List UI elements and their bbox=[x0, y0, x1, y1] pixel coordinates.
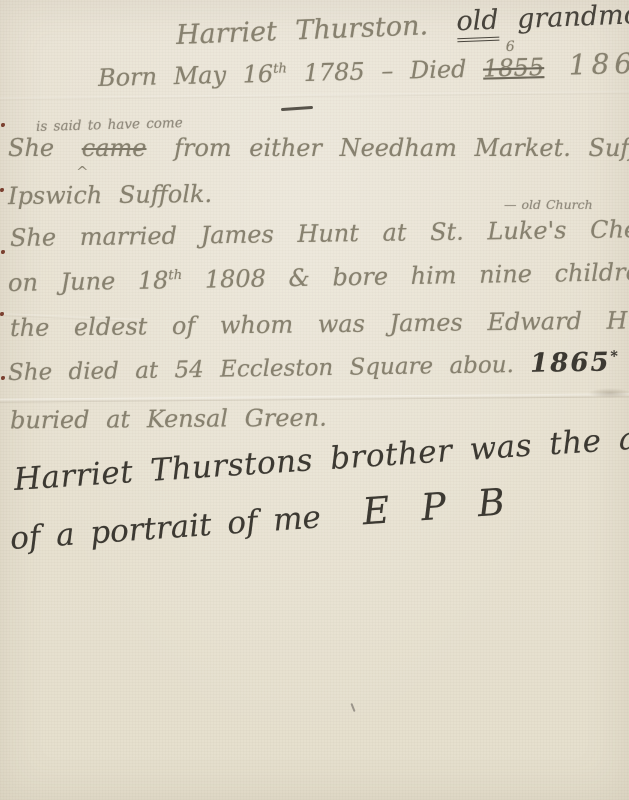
person-name: Harriet Thurston. bbox=[175, 10, 428, 51]
death-year-bold: 1865* bbox=[530, 347, 618, 378]
marriage-date-prefix: on June 18 bbox=[8, 266, 169, 297]
insertion-caret: ^ bbox=[76, 163, 89, 181]
writer-initials: E P B bbox=[361, 480, 513, 533]
paper-crease-top bbox=[0, 91, 629, 101]
origin-line-2: Ipswich Suffolk. bbox=[8, 180, 212, 210]
year-correction-digit: 6 bbox=[506, 39, 515, 55]
annotation-word-grandmother: grandmother bbox=[517, 0, 629, 35]
edge-speck bbox=[1, 123, 5, 127]
died-text: 1785 – Died bbox=[287, 55, 484, 88]
death-text-suffix: & is bbox=[618, 349, 629, 376]
postscript-text: of a portrait of me bbox=[9, 499, 322, 557]
marriage-line-2: on June 18th 1808 & bore him nine childr… bbox=[8, 258, 629, 297]
born-text: Born May 16 bbox=[98, 60, 274, 92]
paper-crease-main bbox=[0, 393, 629, 403]
corrected-death-year: 1865 bbox=[568, 46, 629, 81]
edge-speck bbox=[1, 376, 5, 380]
death-line-2: buried at Kensal Green. bbox=[10, 404, 327, 435]
vital-dates-line: Born May 16th 1785 – Died 18556 1865 bbox=[98, 46, 629, 93]
marriage-line-1: She married James Hunt at St. Luke's Che… bbox=[10, 215, 629, 252]
eldest-child-line: the eldest of whom was James Edward Hunt… bbox=[10, 306, 629, 342]
struck-year-text: 1855 bbox=[483, 53, 545, 82]
death-line-1: She died at 54 Eccleston Square abou. 18… bbox=[8, 346, 629, 387]
annotation-word-old: old bbox=[456, 5, 500, 43]
marriage-date-rest: 1808 & bore him nine children bbox=[182, 258, 629, 294]
origin-line-1: She came from either Needham Market. Suf… bbox=[8, 134, 629, 162]
crease-shadow-right bbox=[588, 388, 629, 398]
separator-dash bbox=[281, 106, 313, 111]
ordinal-sup: th bbox=[273, 61, 287, 76]
death-text-prefix: She died at 54 Eccleston Square abou. bbox=[8, 352, 531, 386]
origin-rest: from either Needham Market. Suffolk or bbox=[174, 134, 629, 162]
struck-death-year: 18556 bbox=[483, 53, 545, 82]
relationship-annotation: old grandmother bbox=[456, 0, 629, 37]
heading-line: Harriet Thurston. old grandmother bbox=[175, 0, 629, 51]
interlinear-insertion: is said to have come bbox=[36, 115, 183, 135]
stray-pencil-mark bbox=[350, 703, 355, 712]
edge-speck bbox=[0, 188, 4, 192]
word-she: She bbox=[8, 134, 54, 162]
struck-word-came: came bbox=[82, 134, 147, 162]
ordinal-sup: th bbox=[168, 268, 182, 283]
church-marginal-note: — old Church bbox=[504, 197, 593, 212]
manuscript-page: Harriet Thurston. old grandmother Born M… bbox=[0, 0, 629, 800]
death-year-text: 1865 bbox=[530, 348, 611, 379]
edge-speck bbox=[1, 250, 5, 254]
